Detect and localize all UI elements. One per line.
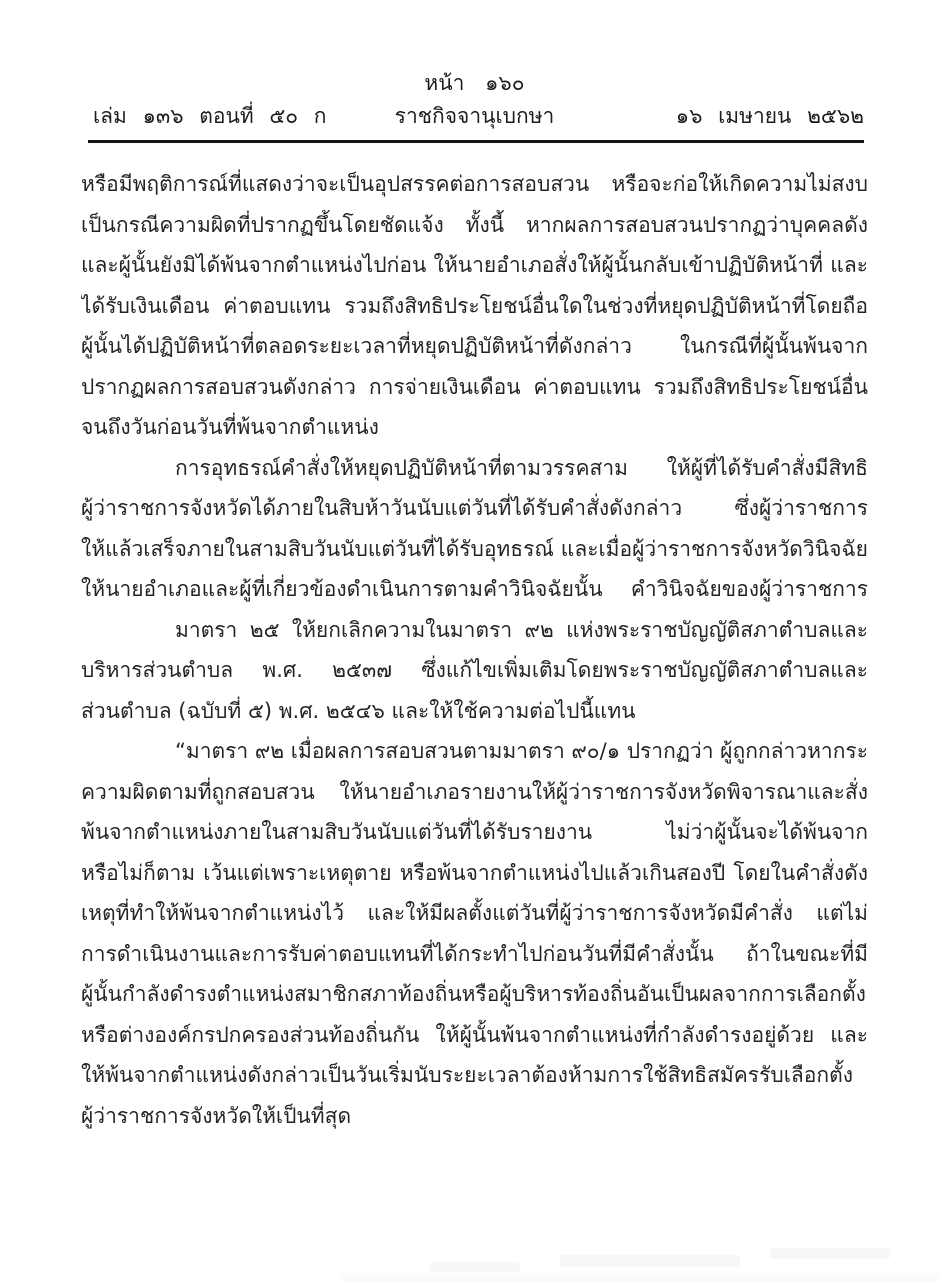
text-line: ผู้นั้นได้ปฏิบัติหน้าที่ตลอดระยะเวลาที่ห… (81, 326, 868, 367)
scan-artifact (560, 1255, 740, 1267)
text-line: และผู้นั้นยังมิได้พ้นจากตำแหน่งไปก่อน ให… (81, 245, 868, 286)
text-line: หรือไม่ก็ตาม เว้นแต่เพราะเหตุตาย หรือพ้น… (81, 853, 868, 894)
volume-info: เล่ม ๑๓๖ ตอนที่ ๕๐ ก (93, 102, 326, 130)
text-line: ส่วนตำบล (ฉบับที่ ๕) พ.ศ. ๒๕๔๖ และให้ใช้… (81, 691, 868, 732)
text-line: บริหารส่วนตำบล พ.ศ. ๒๕๓๗ ซึ่งแก้ไขเพิ่มเ… (81, 650, 868, 691)
scan-artifact (340, 1273, 940, 1282)
text-line: ผู้ว่าราชการจังหวัดให้เป็นที่สุด (81, 1096, 868, 1137)
text-line: หรือมีพฤติการณ์ที่แสดงว่าจะเป็นอุปสรรคต่… (81, 164, 868, 205)
header-meta-row: เล่ม ๑๓๖ ตอนที่ ๕๐ ก ราชกิจจานุเบกษา ๑๖ … (81, 102, 868, 130)
text-line: ผู้ว่าราชการจังหวัดได้ภายในสิบห้าวันนับแ… (81, 488, 868, 529)
gazette-title: ราชกิจจานุเบกษา (395, 104, 555, 128)
text-line: การอุทธรณ์คำสั่งให้หยุดปฏิบัติหน้าที่ตาม… (81, 448, 868, 489)
text-line: ผู้นั้นกำลังดำรงตำแหน่งสมาชิกสภาท้องถิ่น… (81, 974, 868, 1015)
page-number: หน้า ๑๖๐ (81, 70, 868, 96)
header-divider-rule (88, 140, 864, 143)
text-line: การดำเนินงานและการรับค่าตอบแทนที่ได้กระท… (81, 934, 868, 975)
text-line: มาตรา ๒๕ ให้ยกเลิกความในมาตรา ๙๒ แห่งพระ… (81, 610, 868, 651)
text-line: เหตุที่ทำให้พ้นจากตำแหน่งไว้ และให้มีผลต… (81, 893, 868, 934)
text-line: ปรากฏผลการสอบสวนดังกล่าว การจ่ายเงินเดือ… (81, 367, 868, 408)
text-line: ได้รับเงินเดือน ค่าตอบแทน รวมถึงสิทธิประ… (81, 286, 868, 327)
text-line: ให้พ้นจากตำแหน่งดังกล่าวเป็นวันเริ่มนับร… (81, 1055, 868, 1096)
text-line: ให้แล้วเสร็จภายในสามสิบวันนับแต่วันที่ได… (81, 529, 868, 570)
text-line: หรือต่างองค์กรปกครองส่วนท้องถิ่นกัน ให้ผ… (81, 1015, 868, 1056)
text-line: จนถึงวันก่อนวันที่พ้นจากตำแหน่ง (81, 407, 868, 448)
scan-artifact (770, 1248, 890, 1259)
page-header: หน้า ๑๖๐ เล่ม ๑๓๖ ตอนที่ ๕๐ ก ราชกิจจานุ… (81, 70, 868, 130)
document-body: หรือมีพฤติการณ์ที่แสดงว่าจะเป็นอุปสรรคต่… (81, 164, 868, 1136)
scan-artifact (430, 1262, 520, 1272)
text-line: “มาตรา ๙๒ เมื่อผลการสอบสวนตามมาตรา ๙๐/๑ … (81, 731, 868, 772)
text-line: ความผิดตามที่ถูกสอบสวน ให้นายอำเภอรายงาน… (81, 772, 868, 813)
text-line: เป็นกรณีความผิดที่ปรากฏขึ้นโดยชัดแจ้ง ทั… (81, 205, 868, 246)
text-line: พ้นจากตำแหน่งภายในสามสิบวันนับแต่วันที่ไ… (81, 812, 868, 853)
text-line: ให้นายอำเภอและผู้ที่เกี่ยวข้องดำเนินการต… (81, 569, 868, 610)
publication-date: ๑๖ เมษายน ๒๕๖๒ (676, 102, 864, 130)
document-page: หน้า ๑๖๐ เล่ม ๑๓๖ ตอนที่ ๕๐ ก ราชกิจจานุ… (0, 0, 950, 1285)
